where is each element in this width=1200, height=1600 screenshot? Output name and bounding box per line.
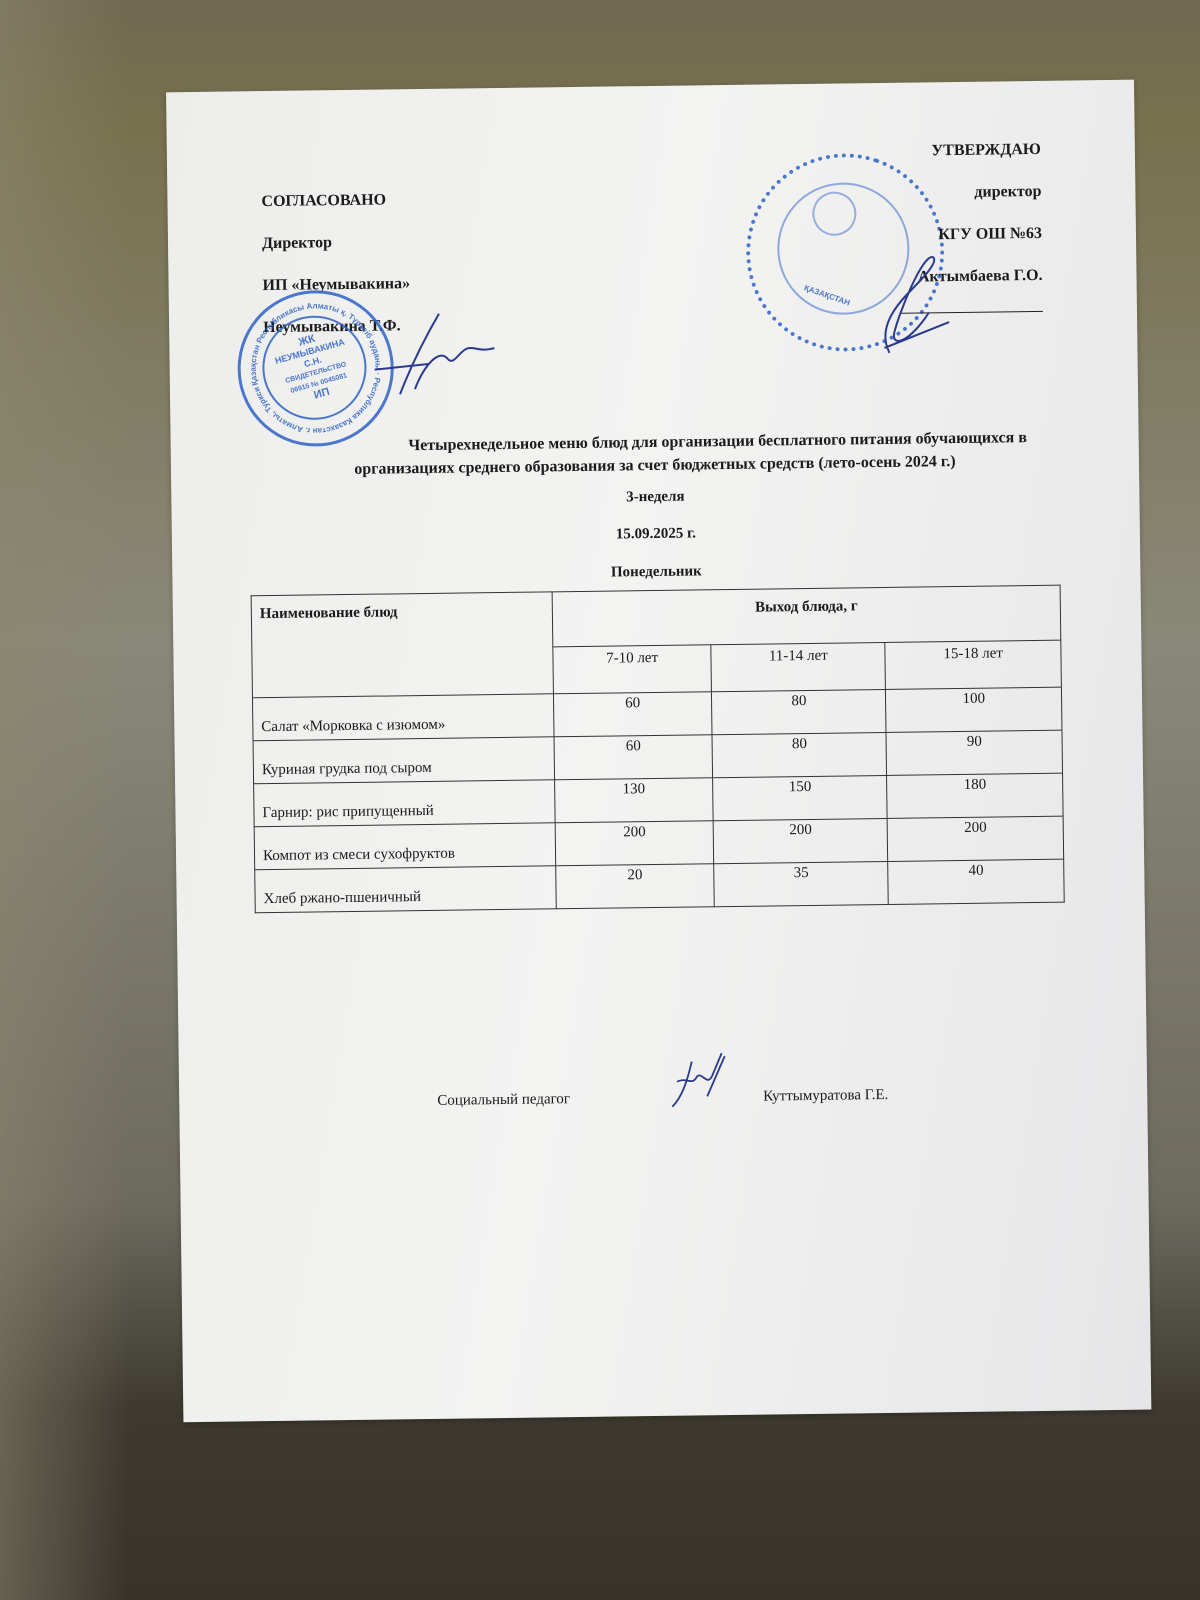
agreed-heading: СОГЛАСОВАНО (261, 179, 409, 223)
dish-yield: 35 (714, 861, 889, 906)
table-row: Хлеб ржано-пшеничный 20 35 40 (255, 859, 1064, 913)
date-label: 15.09.2025 г. (172, 520, 1140, 550)
dish-yield: 180 (887, 773, 1063, 818)
approved-heading: УТВЕРЖДАЮ (899, 129, 1042, 173)
header-yield: Выход блюда, г (552, 585, 1061, 647)
signature-approved-icon (868, 252, 959, 363)
dish-name: Хлеб ржано-пшеничный (255, 866, 557, 913)
background-surface (0, 0, 130, 1600)
document-sheet: СОГЛАСОВАНО Директор ИП «Неумывакина» Не… (166, 80, 1151, 1423)
dish-yield: 200 (888, 816, 1064, 861)
dish-yield: 150 (713, 775, 888, 820)
header-age-group: 7-10 лет (553, 645, 712, 694)
dish-yield: 90 (886, 730, 1062, 775)
dish-yield: 200 (555, 821, 714, 866)
menu-table: Наименование блюд Выход блюда, г 7-10 ле… (251, 585, 1065, 914)
dish-yield: 100 (886, 687, 1062, 732)
dish-name: Гарнир: рис припущенный (254, 780, 556, 827)
dish-yield: 80 (712, 732, 887, 777)
header-dish-name: Наименование блюд (251, 592, 553, 698)
dish-yield: 130 (555, 778, 714, 823)
dish-yield: 60 (554, 735, 713, 780)
stamp-line: ИП (313, 387, 331, 402)
signature-agreed-icon (369, 308, 500, 400)
signature-footer-icon (667, 1051, 728, 1112)
approved-organization: КГУ ОШ №63 (900, 213, 1043, 257)
header-age-group: 15-18 лет (885, 640, 1061, 689)
dish-name: Компот из смеси сухофруктов (254, 823, 556, 870)
dish-name: Куриная грудка под сыром (253, 737, 555, 784)
agreed-position: Директор (262, 221, 410, 265)
dish-yield: 200 (713, 818, 888, 863)
weekday-label: Понедельник (172, 558, 1140, 588)
dish-yield: 80 (712, 689, 887, 734)
dish-yield: 20 (556, 864, 715, 909)
dish-yield: 40 (888, 859, 1064, 904)
week-label: 3-неделя (171, 483, 1139, 513)
footer-role: Социальный педагог (437, 1090, 637, 1110)
footer-name: Куттымуратова Г.Е. (763, 1086, 983, 1106)
header-age-group: 11-14 лет (711, 642, 886, 691)
dish-yield: 60 (553, 692, 712, 737)
stamp-center-text: ҚАЗАҚСТАН (803, 283, 851, 307)
approved-position: директор (899, 171, 1042, 215)
dish-name: Салат «Морковка с изюмом» (252, 694, 554, 741)
